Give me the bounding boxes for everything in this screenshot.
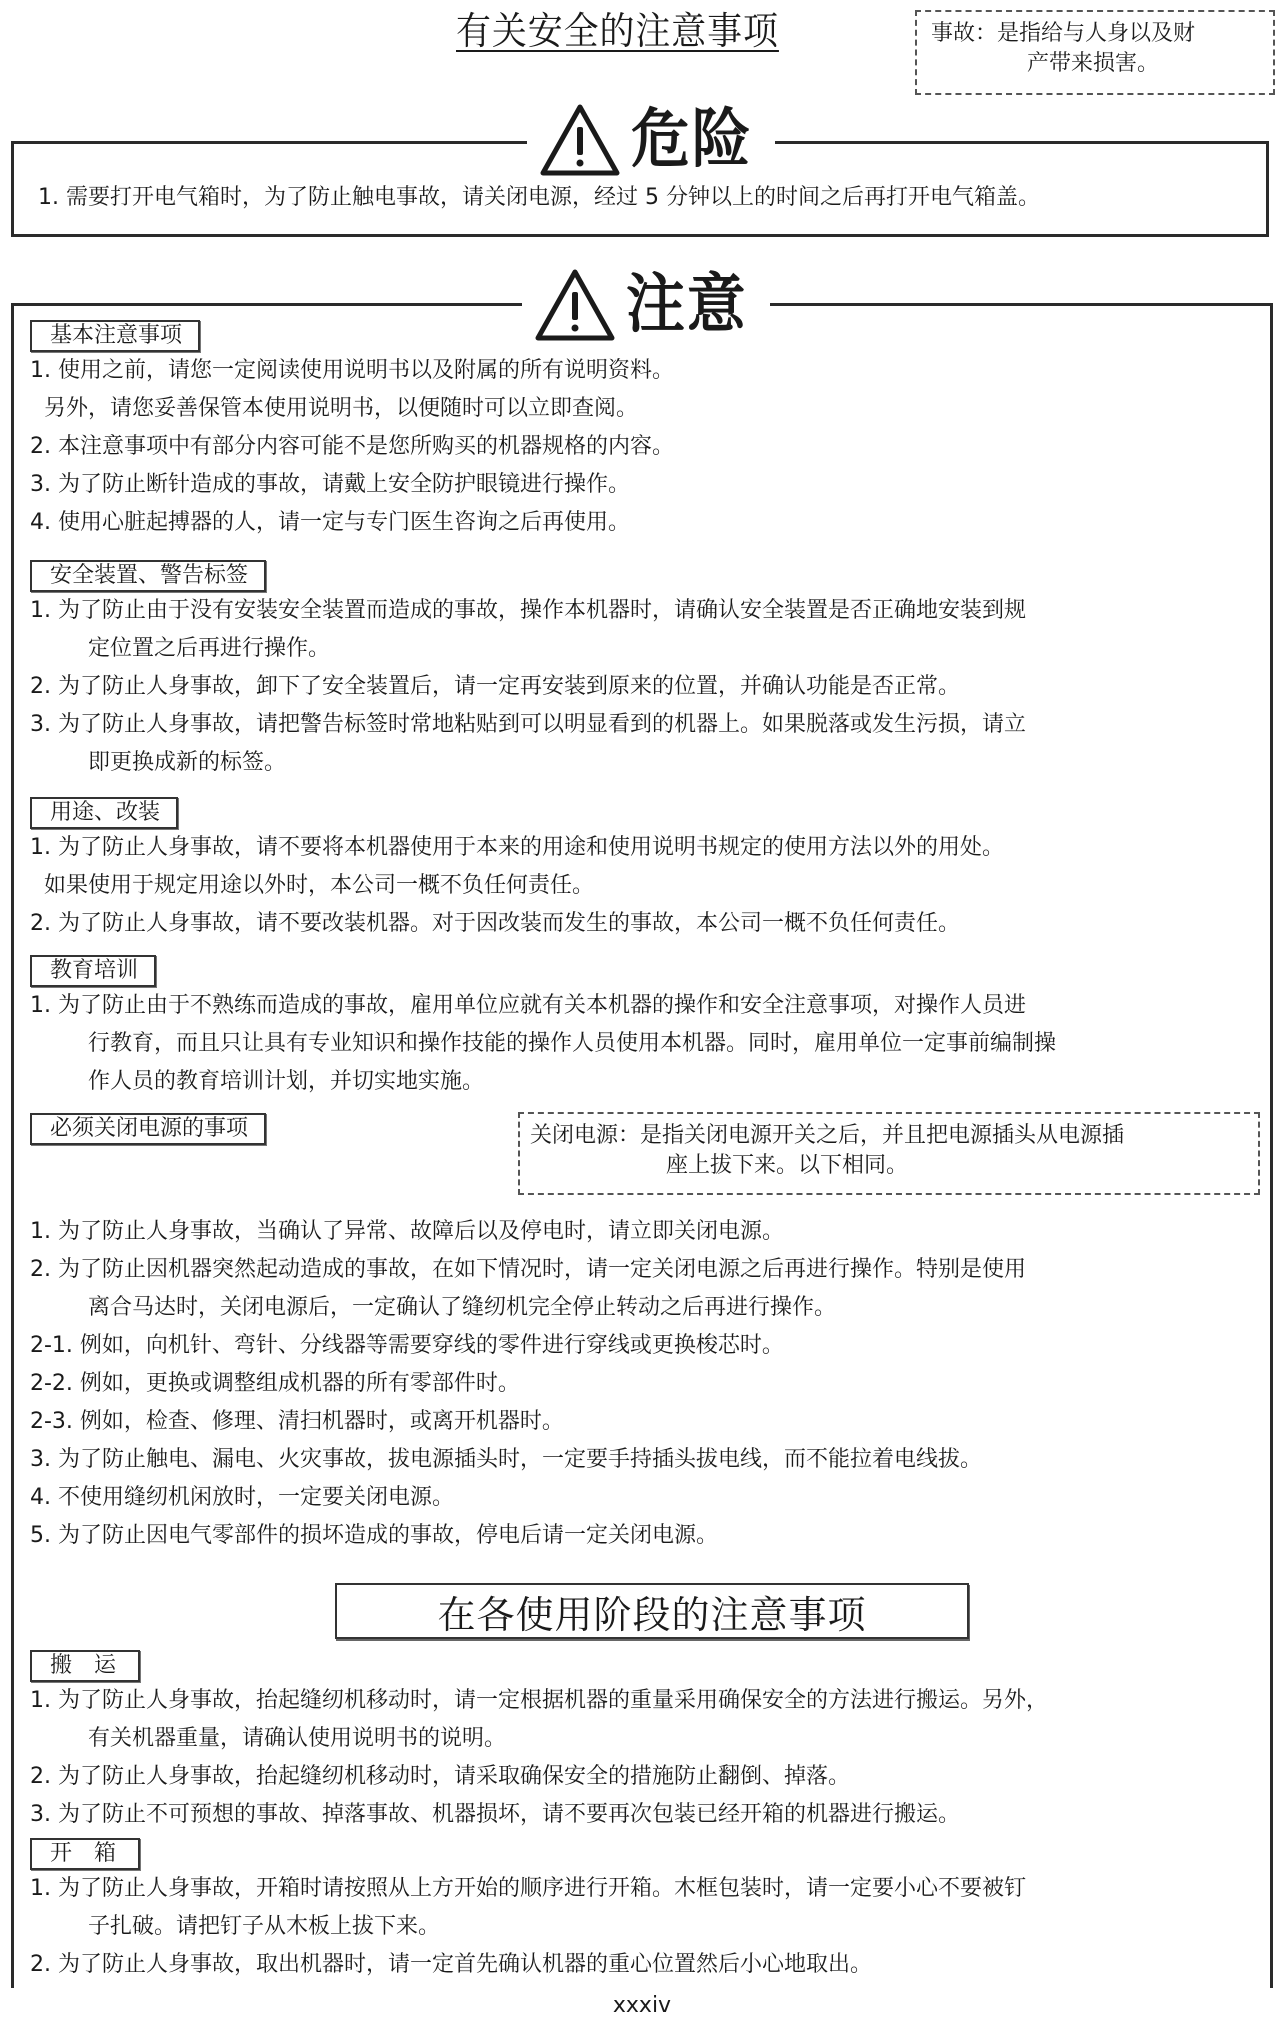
section-usage-modification: 用途、改装 1. 为了防止人身事故，请不要将本机器使用于本来的用途和使用说明书规… (30, 797, 1260, 943)
section-training: 教育培训 1. 为了防止由于不熟练而造成的事故，雇用单位应就有关本机器的操作和安… (30, 955, 1260, 1101)
note-definition-cont: 座上拔下来。以下相同。 (666, 1151, 908, 1181)
danger-heading-text: 危险 (631, 100, 752, 180)
section-tag: 用途、改装 (30, 797, 178, 829)
stages-title: 在各使用阶段的注意事项 (335, 1583, 969, 1639)
list-item: 2. 本注意事项中有部分内容可能不是您所购买的机器规格的内容。 (30, 428, 1260, 466)
warning-triangle-icon (539, 103, 621, 177)
list-item: 1. 为了防止人身事故，当确认了异常、故障后以及停电时，请立即关闭电源。 (30, 1213, 1260, 1251)
list-item: 1. 为了防止由于不熟练而造成的事故，雇用单位应就有关本机器的操作和安全注意事项… (30, 987, 1260, 1025)
note-definition-cont: 产带来损害。 (1027, 49, 1159, 79)
list-item: 2. 为了防止人身事故，抬起缝纫机移动时，请采取确保安全的措施防止翻倒、掉落。 (30, 1758, 1260, 1796)
page-title: 有关安全的注意事项 (456, 8, 779, 54)
list-item: 1. 为了防止人身事故，抬起缝纫机移动时，请一定根据机器的重量采用确保安全的方法… (30, 1682, 1260, 1720)
list-item: 2. 为了防止人身事故，请不要改装机器。对于因改装而发生的事故，本公司一概不负任… (30, 905, 1260, 943)
list-item: 有关机器重量，请确认使用说明书的说明。 (30, 1720, 1260, 1758)
list-item: 2. 为了防止人身事故，取出机器时，请一定首先确认机器的重心位置然后小心地取出。 (30, 1946, 1260, 1984)
list-item: 1. 为了防止人身事故，请不要将本机器使用于本来的用途和使用说明书规定的使用方法… (30, 829, 1260, 867)
section-tag: 安全装置、警告标签 (30, 560, 266, 592)
list-item: 3. 为了防止人身事故，请把警告标签时常地粘贴到可以明显看到的机器上。如果脱落或… (30, 706, 1260, 744)
list-item: 2. 为了防止人身事故，卸下了安全装置后，请一定再安装到原来的位置，并确认功能是… (30, 668, 1260, 706)
list-item: 5. 为了防止因电气零部件的损坏造成的事故，停电后请一定关闭电源。 (30, 1517, 1260, 1555)
note-term: 关闭电源： (530, 1121, 640, 1151)
list-item: 离合马达时，关闭电源后，一定确认了缝纫机完全停止转动之后再进行操作。 (30, 1289, 1260, 1327)
list-item: 行教育，而且只让具有专业知识和操作技能的操作人员使用本机器。同时，雇用单位一定事… (30, 1025, 1260, 1063)
page-number: xxxiv (0, 1993, 1284, 2019)
list-item: 另外，请您妥善保管本使用说明书，以便随时可以立即查阅。 (30, 390, 1260, 428)
list-item: 子扎破。请把钉子从木板上拔下来。 (30, 1908, 1260, 1946)
list-item: 1. 使用之前，请您一定阅读使用说明书以及附属的所有说明资料。 (30, 352, 1260, 390)
danger-heading: 危险 (527, 90, 775, 190)
list-item: 2-1. 例如，向机针、弯针、分线器等需要穿线的零件进行穿线或更换梭芯时。 (30, 1327, 1260, 1365)
list-item: 2-3. 例如，检查、修理、清扫机器时，或离开机器时。 (30, 1403, 1260, 1441)
danger-item: 1. 需要打开电气箱时，为了防止触电事故，请关闭电源，经过 5 分钟以上的时间之… (38, 183, 1040, 213)
list-item: 即更换成新的标签。 (30, 744, 1260, 782)
section-unpacking: 开箱 1. 为了防止人身事故，开箱时请按照从上方开始的顺序进行开箱。木框包装时，… (30, 1838, 1260, 1984)
list-item: 1. 为了防止人身事故，开箱时请按照从上方开始的顺序进行开箱。木框包装时，请一定… (30, 1870, 1260, 1908)
note-definition: 是指关闭电源开关之后，并且把电源插头从电源插 (640, 1121, 1124, 1151)
note-definition: 是指给与人身以及财 (997, 19, 1195, 49)
note-term: 事故： (931, 19, 997, 49)
section-tag: 必须关闭电源的事项 (30, 1113, 266, 1145)
list-item: 1. 为了防止由于没有安装安全装置而造成的事故，操作本机器时，请确认安全装置是否… (30, 592, 1260, 630)
list-item: 3. 为了防止触电、漏电、火灾事故，拔电源插头时，一定要手持插头拔电线，而不能拉… (30, 1441, 1260, 1479)
list-item: 3. 为了防止不可预想的事故、掉落事故、机器损坏，请不要再次包装已经开箱的机器进… (30, 1796, 1260, 1834)
list-item: 定位置之后再进行操作。 (30, 630, 1260, 668)
list-item: 作人员的教育培训计划，并切实地实施。 (30, 1063, 1260, 1101)
section-safety-devices: 安全装置、警告标签 1. 为了防止由于没有安装安全装置而造成的事故，操作本机器时… (30, 560, 1260, 782)
section-transport: 搬运 1. 为了防止人身事故，抬起缝纫机移动时，请一定根据机器的重量采用确保安全… (30, 1650, 1260, 1834)
list-item: 如果使用于规定用途以外时，本公司一概不负任何责任。 (30, 867, 1260, 905)
list-item: 2. 为了防止因机器突然起动造成的事故，在如下情况时，请一定关闭电源之后再进行操… (30, 1251, 1260, 1289)
list-item: 4. 不使用缝纫机闲放时，一定要关闭电源。 (30, 1479, 1260, 1517)
section-tag: 开箱 (30, 1838, 140, 1870)
list-item: 4. 使用心脏起搏器的人，请一定与专门医生咨询之后再使用。 (30, 504, 1260, 542)
list-item: 3. 为了防止断针造成的事故，请戴上安全防护眼镜进行操作。 (30, 466, 1260, 504)
power-off-definition-note: 关闭电源： 是指关闭电源开关之后，并且把电源插头从电源插 座上拔下来。以下相同。 (518, 1112, 1260, 1195)
section-tag: 基本注意事项 (30, 320, 200, 352)
section-basic: 基本注意事项 1. 使用之前，请您一定阅读使用说明书以及附属的所有说明资料。 另… (30, 320, 1260, 542)
section-tag: 搬运 (30, 1650, 140, 1682)
accident-definition-note: 事故： 是指给与人身以及财 产带来损害。 (915, 10, 1275, 95)
section-power-off-items: 1. 为了防止人身事故，当确认了异常、故障后以及停电时，请立即关闭电源。 2. … (30, 1213, 1260, 1555)
list-item: 2-2. 例如，更换或调整组成机器的所有零部件时。 (30, 1365, 1260, 1403)
section-tag: 教育培训 (30, 955, 156, 987)
